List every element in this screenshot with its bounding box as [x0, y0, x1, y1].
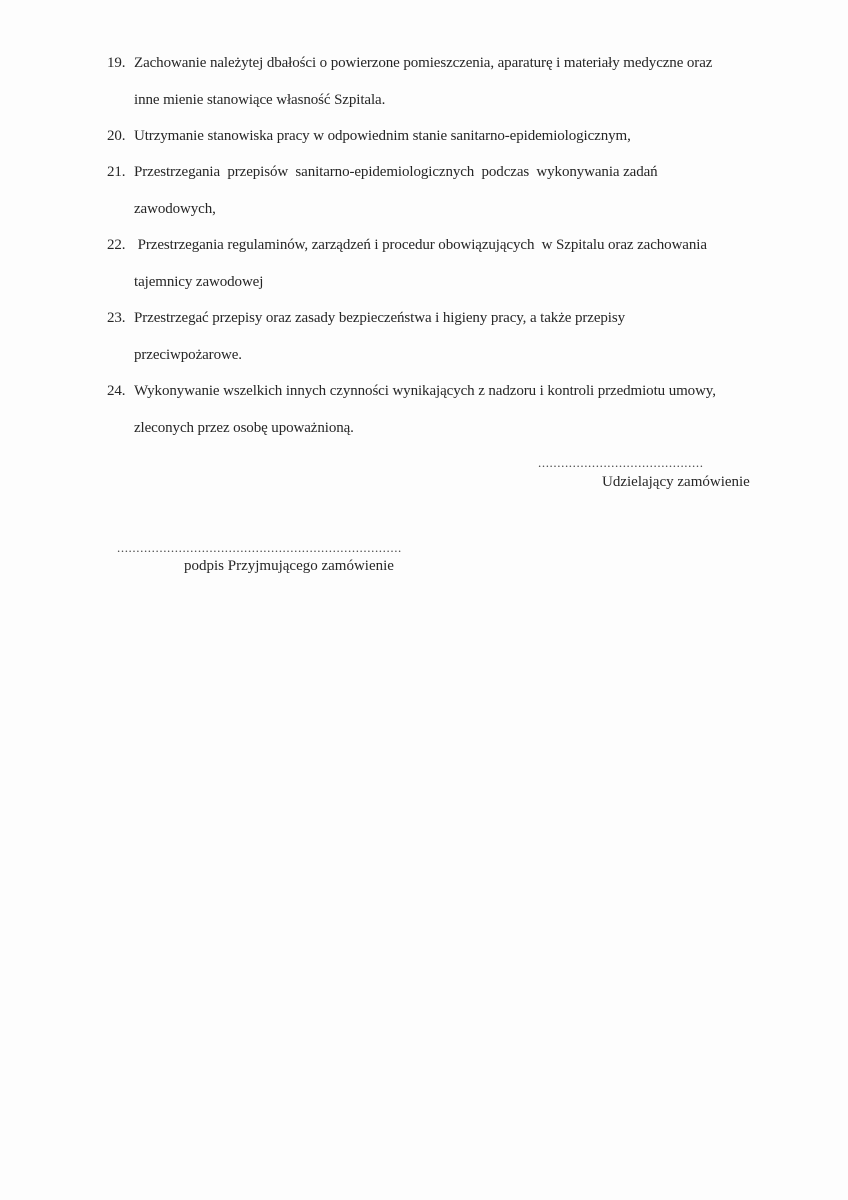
list-item-24-continuation: zleconych przez osobę upoważnioną. [134, 419, 354, 437]
list-item-20: 20.Utrzymanie stanowiska pracy w odpowie… [107, 127, 631, 145]
item-number: 24. [107, 382, 134, 400]
item-text: Utrzymanie stanowiska pracy w odpowiedni… [134, 128, 631, 144]
list-item-21: 21.Przestrzegania przepisów sanitarno-ep… [107, 163, 658, 181]
list-item-24: 24.Wykonywanie wszelkich innych czynnośc… [107, 382, 716, 400]
item-text: Przestrzegania regulaminów, zarządzeń i … [134, 237, 707, 253]
document-page: 19.Zachowanie należytej dbałości o powie… [0, 0, 848, 1200]
list-item-22: 22. Przestrzegania regulaminów, zarządze… [107, 236, 707, 254]
receiver-signature-line: ........................................… [117, 541, 402, 555]
item-number: 20. [107, 127, 134, 145]
item-text: Zachowanie należytej dbałości o powierzo… [134, 55, 712, 71]
receiver-signature-label: podpis Przyjmującego zamówienie [184, 557, 394, 575]
item-number: 23. [107, 309, 134, 327]
item-text: Wykonywanie wszelkich innych czynności w… [134, 383, 716, 399]
item-text: Przestrzegać przepisy oraz zasady bezpie… [134, 310, 625, 326]
list-item-21-continuation: zawodowych, [134, 200, 216, 218]
list-item-22-continuation: tajemnicy zawodowej [134, 273, 263, 291]
list-item-19-continuation: inne mienie stanowiące własność Szpitala… [134, 91, 385, 109]
item-text: Przestrzegania przepisów sanitarno-epide… [134, 164, 658, 180]
issuer-signature-line: ........................................… [538, 456, 704, 470]
item-number: 22. [107, 236, 134, 254]
list-item-23: 23.Przestrzegać przepisy oraz zasady bez… [107, 309, 625, 327]
issuer-signature-label: Udzielający zamówienie [602, 473, 750, 491]
list-item-19: 19.Zachowanie należytej dbałości o powie… [107, 54, 712, 72]
item-number: 21. [107, 163, 134, 181]
item-number: 19. [107, 54, 134, 72]
list-item-23-continuation: przeciwpożarowe. [134, 346, 242, 364]
